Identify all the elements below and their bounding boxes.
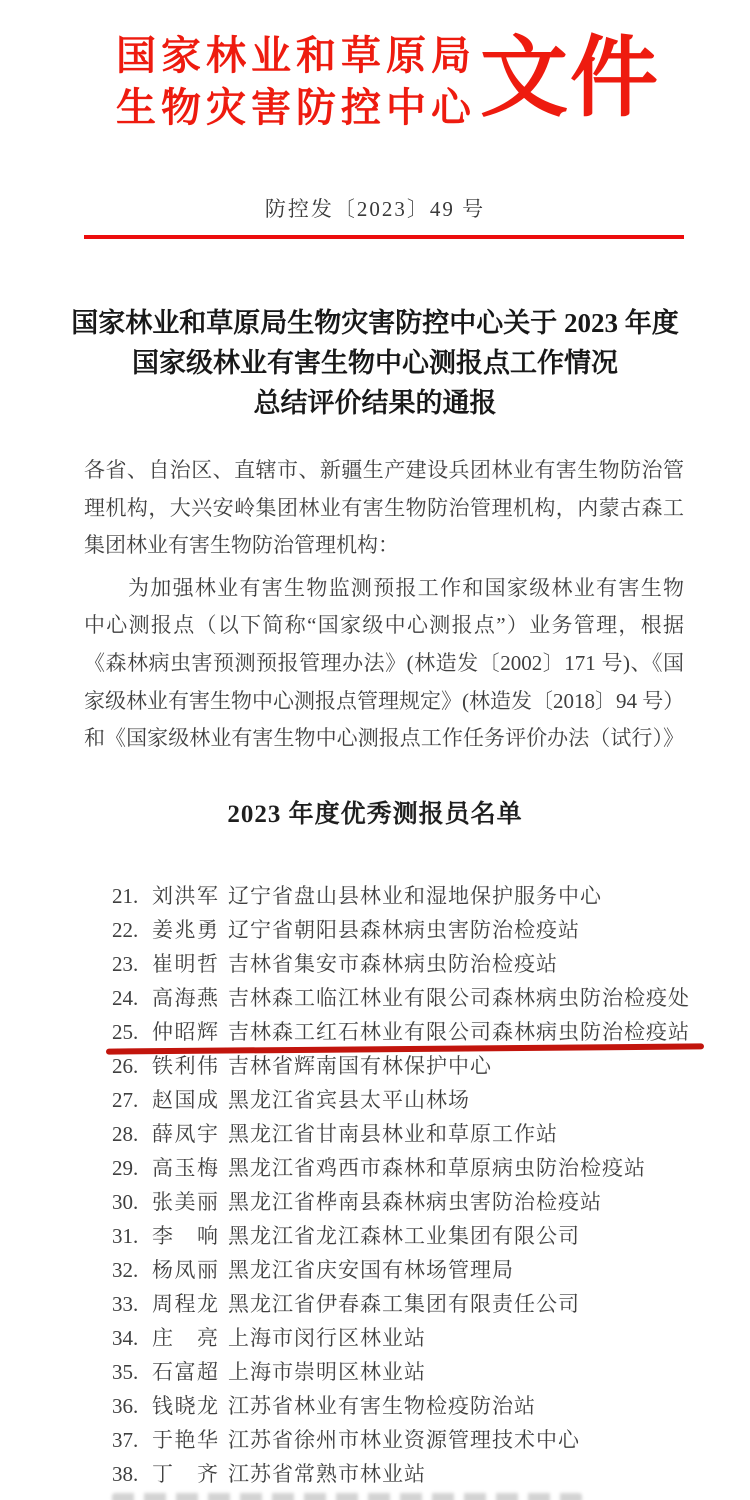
document-title-line2: 国家级林业有害生物中心测报点工作情况 bbox=[35, 343, 715, 383]
roster-name: 薛凤宇 bbox=[152, 1117, 228, 1151]
roster-name: 高海燕 bbox=[152, 981, 228, 1015]
roster-row: 22.姜兆勇辽宁省朝阳县森林病虫害防治检疫站 bbox=[0, 913, 750, 947]
roster-name: 崔明哲 bbox=[152, 947, 228, 981]
roster-name: 周程龙 bbox=[152, 1287, 228, 1321]
roster-number: 26. bbox=[112, 1049, 152, 1083]
roster-number: 33. bbox=[112, 1287, 152, 1321]
roster-name: 丁 齐 bbox=[152, 1457, 228, 1491]
roster-number: 32. bbox=[112, 1253, 152, 1287]
roster-row: 28.薛凤宇黑龙江省甘南县林业和草原工作站 bbox=[0, 1117, 750, 1151]
roster-number: 35. bbox=[112, 1355, 152, 1389]
roster-organization: 吉林省集安市森林病虫防治检疫站 bbox=[228, 947, 558, 981]
roster-number: 38. bbox=[112, 1457, 152, 1491]
roster-name: 石富超 bbox=[152, 1355, 228, 1389]
roster-organization: 辽宁省朝阳县森林病虫害防治检疫站 bbox=[228, 913, 580, 947]
roster-organization: 吉林森工临江林业有限公司森林病虫防治检疫处 bbox=[228, 981, 690, 1015]
roster-organization: 黑龙江省庆安国有林场管理局 bbox=[228, 1253, 514, 1287]
roster-organization: 江苏省徐州市林业资源管理技术中心 bbox=[228, 1423, 580, 1457]
roster-row: 30.张美丽黑龙江省桦南县森林病虫害防治检疫站 bbox=[0, 1185, 750, 1219]
roster-name: 钱晓龙 bbox=[152, 1389, 228, 1423]
roster-list: 21.刘洪军辽宁省盘山县林业和湿地保护服务中心22.姜兆勇辽宁省朝阳县森林病虫害… bbox=[0, 879, 750, 1491]
roster-organization: 黑龙江省甘南县林业和草原工作站 bbox=[228, 1117, 558, 1151]
roster-name: 于艳华 bbox=[152, 1423, 228, 1457]
cut-off-next-row bbox=[112, 1493, 582, 1500]
roster-number: 36. bbox=[112, 1389, 152, 1423]
letterhead-document-word: 文件 bbox=[480, 30, 650, 130]
roster-organization: 黑龙江省龙江森林工业集团有限公司 bbox=[228, 1219, 580, 1253]
roster-organization: 江苏省林业有害生物检疫防治站 bbox=[228, 1389, 536, 1423]
letterhead-org-line2: 生物灾害防控中心 bbox=[116, 82, 476, 134]
roster-number: 23. bbox=[112, 947, 152, 981]
letterhead: 国家林业和草原局 生物灾害防控中心 bbox=[116, 30, 476, 134]
roster-row: 34.庄 亮上海市闵行区林业站 bbox=[0, 1321, 750, 1355]
body-line: 理机构，大兴安岭集团林业有害生物防治管理机构，内蒙古森工 bbox=[84, 490, 684, 528]
roster-number: 30. bbox=[112, 1185, 152, 1219]
roster-number: 29. bbox=[112, 1151, 152, 1185]
document-page: 国家林业和草原局 生物灾害防控中心 文件 防控发〔2023〕49 号 国家林业和… bbox=[0, 0, 750, 1500]
roster-row: 26.铁利伟吉林省辉南国有林保护中心 bbox=[0, 1049, 750, 1083]
roster-name: 铁利伟 bbox=[152, 1049, 228, 1083]
document-title-line3: 总结评价结果的通报 bbox=[35, 383, 715, 423]
roster-organization: 黑龙江省宾县太平山林场 bbox=[228, 1083, 470, 1117]
roster-row: 27.赵国成黑龙江省宾县太平山林场 bbox=[0, 1083, 750, 1117]
document-title-line1: 国家林业和草原局生物灾害防控中心关于 2023 年度 bbox=[35, 303, 715, 343]
roster-number: 21. bbox=[112, 879, 152, 913]
roster-row: 29.高玉梅黑龙江省鸡西市森林和草原病虫防治检疫站 bbox=[0, 1151, 750, 1185]
roster-organization: 吉林省辉南国有林保护中心 bbox=[228, 1049, 492, 1083]
roster-organization: 上海市崇明区林业站 bbox=[228, 1355, 426, 1389]
document-title: 国家林业和草原局生物灾害防控中心关于 2023 年度 国家级林业有害生物中心测报… bbox=[35, 303, 715, 423]
roster-organization: 黑龙江省伊春森工集团有限责任公司 bbox=[228, 1287, 580, 1321]
roster-organization: 辽宁省盘山县林业和湿地保护服务中心 bbox=[228, 879, 602, 913]
roster-number: 27. bbox=[112, 1083, 152, 1117]
body-text: 各省、自治区、直辖市、新疆生产建设兵团林业有害生物防治管理机构，大兴安岭集团林业… bbox=[84, 452, 684, 758]
roster-row: 21.刘洪军辽宁省盘山县林业和湿地保护服务中心 bbox=[0, 879, 750, 913]
roster-row: 33.周程龙黑龙江省伊春森工集团有限责任公司 bbox=[0, 1287, 750, 1321]
body-line: 和《国家级林业有害生物中心测报点工作任务评价办法（试行）》 bbox=[84, 720, 684, 758]
roster-name: 赵国成 bbox=[152, 1083, 228, 1117]
roster-row: 23.崔明哲吉林省集安市森林病虫防治检疫站 bbox=[0, 947, 750, 981]
roster-row: 32.杨凤丽黑龙江省庆安国有林场管理局 bbox=[0, 1253, 750, 1287]
roster-name: 张美丽 bbox=[152, 1185, 228, 1219]
roster-organization: 黑龙江省鸡西市森林和草原病虫防治检疫站 bbox=[228, 1151, 646, 1185]
roster-number: 28. bbox=[112, 1117, 152, 1151]
roster-number: 24. bbox=[112, 981, 152, 1015]
document-number: 防控发〔2023〕49 号 bbox=[0, 193, 750, 223]
red-divider-rule bbox=[84, 235, 684, 239]
roster-organization: 黑龙江省桦南县森林病虫害防治检疫站 bbox=[228, 1185, 602, 1219]
roster-name: 李 响 bbox=[152, 1219, 228, 1253]
roster-number: 31. bbox=[112, 1219, 152, 1253]
roster-row: 25.仲昭辉吉林森工红石林业有限公司森林病虫防治检疫站 bbox=[0, 1015, 750, 1049]
body-line: 《森林病虫害预测预报管理办法》(林造发〔2002〕171 号)、《国 bbox=[84, 645, 684, 683]
body-line: 中心测报点（以下简称“国家级中心测报点”）业务管理，根据 bbox=[84, 607, 684, 645]
roster-number: 25. bbox=[112, 1015, 152, 1049]
body-line: 集团林业有害生物防治管理机构： bbox=[84, 527, 684, 565]
roster-name: 高玉梅 bbox=[152, 1151, 228, 1185]
roster-row: 36.钱晓龙江苏省林业有害生物检疫防治站 bbox=[0, 1389, 750, 1423]
roster-name: 姜兆勇 bbox=[152, 913, 228, 947]
roster-number: 37. bbox=[112, 1423, 152, 1457]
roster-name: 杨凤丽 bbox=[152, 1253, 228, 1287]
roster-row: 35.石富超上海市崇明区林业站 bbox=[0, 1355, 750, 1389]
body-line: 为加强林业有害生物监测预报工作和国家级林业有害生物 bbox=[84, 570, 684, 608]
roster-number: 22. bbox=[112, 913, 152, 947]
roster-row: 37.于艳华江苏省徐州市林业资源管理技术中心 bbox=[0, 1423, 750, 1457]
roster-organization: 上海市闵行区林业站 bbox=[228, 1321, 426, 1355]
roster-heading: 2023 年度优秀测报员名单 bbox=[0, 794, 750, 830]
body-line: 家级林业有害生物中心测报点管理规定》(林造发〔2018〕94 号） bbox=[84, 683, 684, 721]
roster-organization: 江苏省常熟市林业站 bbox=[228, 1457, 426, 1491]
letterhead-org-line1: 国家林业和草原局 bbox=[116, 30, 476, 82]
roster-name: 仲昭辉 bbox=[152, 1015, 228, 1049]
body-line: 各省、自治区、直辖市、新疆生产建设兵团林业有害生物防治管 bbox=[84, 452, 684, 490]
roster-row: 31.李 响黑龙江省龙江森林工业集团有限公司 bbox=[0, 1219, 750, 1253]
roster-number: 34. bbox=[112, 1321, 152, 1355]
roster-row: 24.高海燕吉林森工临江林业有限公司森林病虫防治检疫处 bbox=[0, 981, 750, 1015]
roster-row: 38.丁 齐江苏省常熟市林业站 bbox=[0, 1457, 750, 1491]
roster-name: 刘洪军 bbox=[152, 879, 228, 913]
roster-name: 庄 亮 bbox=[152, 1321, 228, 1355]
